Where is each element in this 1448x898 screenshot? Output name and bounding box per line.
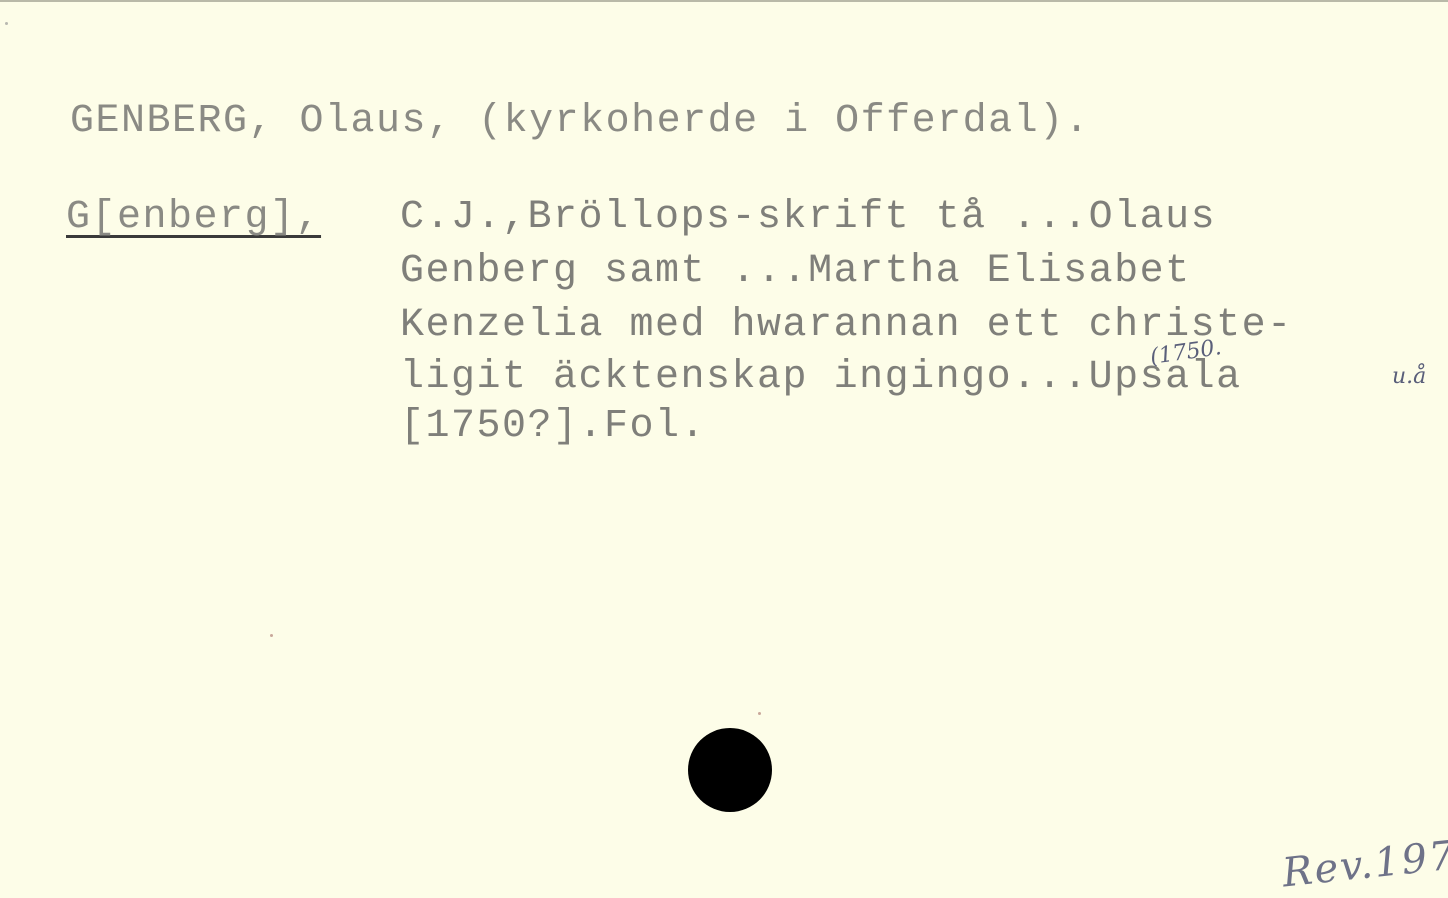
title-line-4: ligit äcktenskap ingingo...Upsala xyxy=(400,358,1242,398)
paper-speck xyxy=(5,22,8,25)
title-line-3: Kenzelia med hwarannan ett christe- xyxy=(400,306,1293,346)
title-line-1: C.J.,Bröllops-skrift tå ...Olaus xyxy=(400,198,1216,238)
paper-speck xyxy=(270,634,273,637)
revision-note: Rev.1970 xyxy=(1280,830,1448,897)
punch-hole xyxy=(688,728,772,812)
paper-speck xyxy=(758,712,761,715)
card-heading: GENBERG, Olaus, (kyrkoherde i Offerdal). xyxy=(70,102,1090,142)
title-line-2: Genberg samt ...Martha Elisabet xyxy=(400,252,1191,292)
imprint-line: [1750?].Fol. xyxy=(400,407,706,447)
handwritten-note-annotation: u.å xyxy=(1392,364,1426,389)
author-entry: G[enberg], xyxy=(66,198,321,238)
catalog-card: GENBERG, Olaus, (kyrkoherde i Offerdal).… xyxy=(0,0,1448,898)
